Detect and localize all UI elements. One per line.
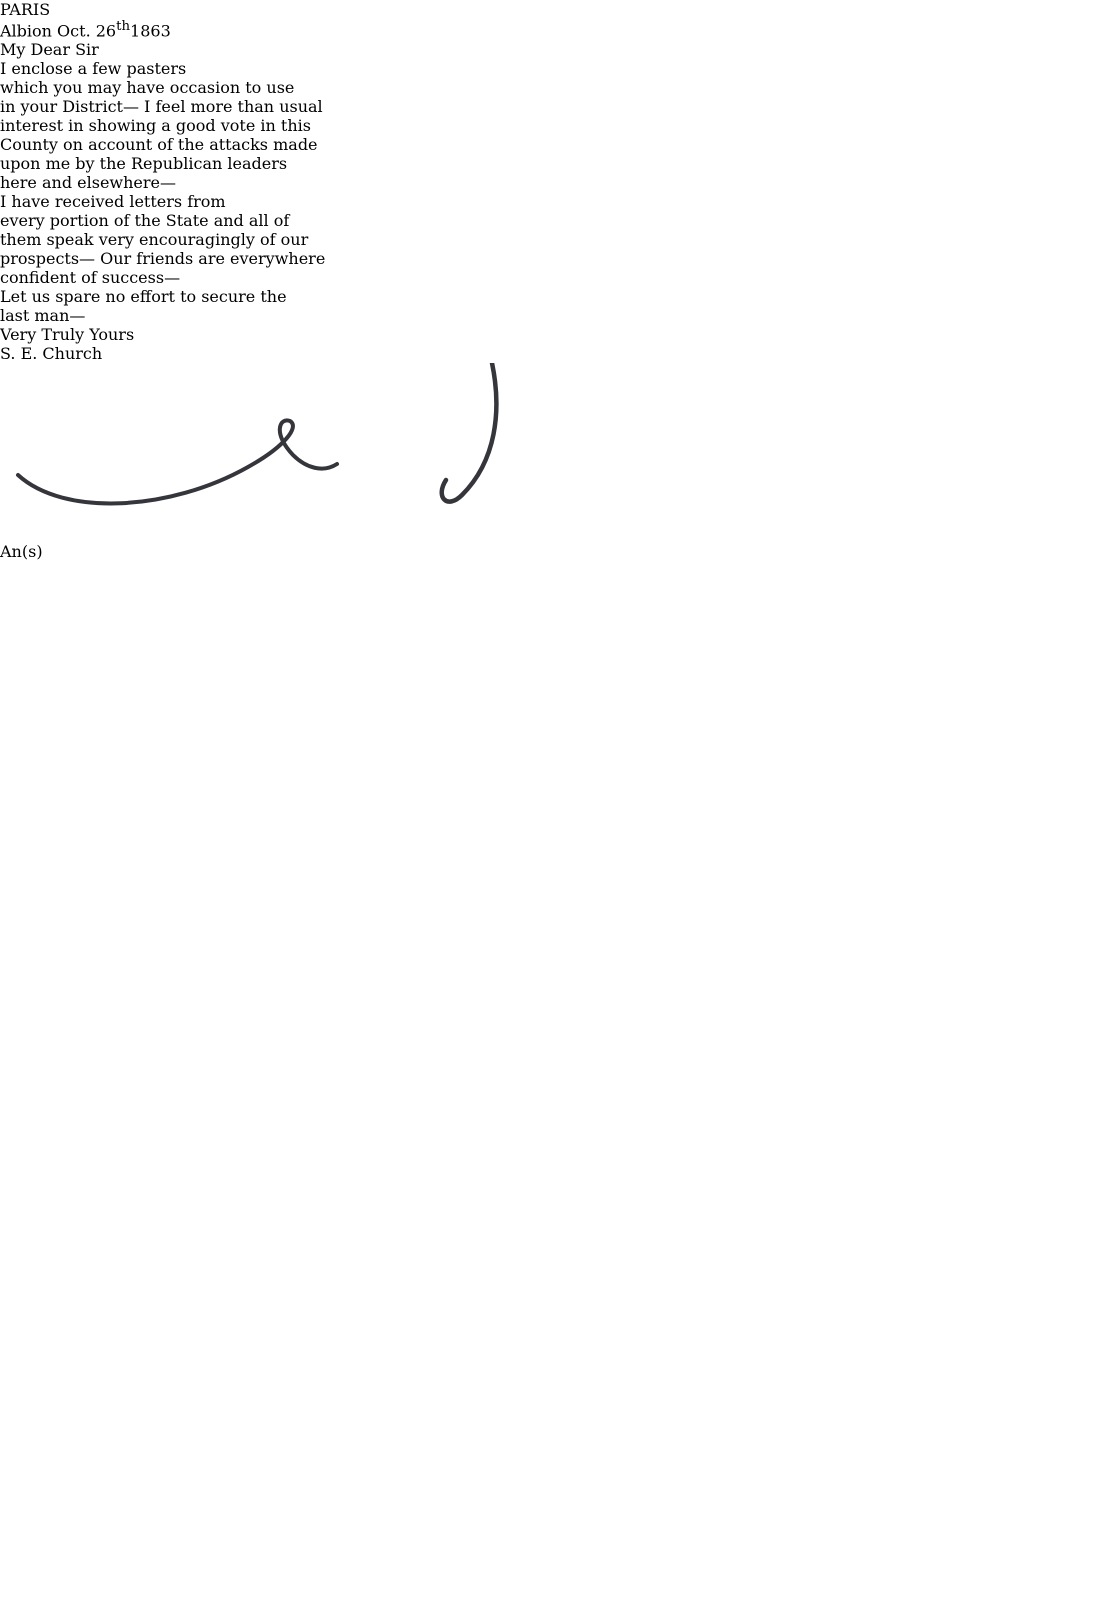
cardboard-background (0, 0, 1117, 1600)
